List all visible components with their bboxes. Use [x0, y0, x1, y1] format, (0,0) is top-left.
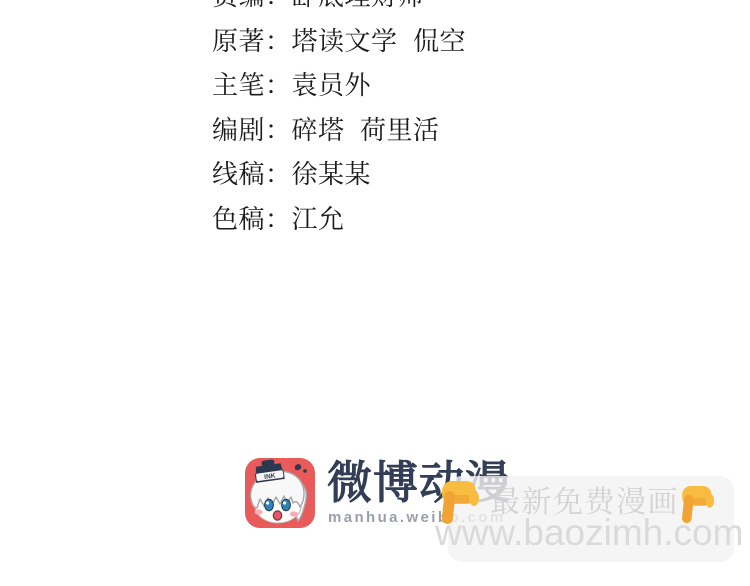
credit-line-original: 原著：塔读文学 侃空: [212, 19, 466, 64]
credit-line-lineart: 线稿：徐某某: [212, 152, 466, 197]
weibo-dongman-app-icon: INK: [245, 458, 315, 528]
credits-list: 责编：卧底理财师 原著：塔读文学 侃空 主笔：袁员外 编剧：碎塔 荷里活 线稿：…: [212, 0, 466, 241]
credit-line-screenplay: 编剧：碎塔 荷里活: [212, 108, 466, 153]
pointing-down-finger-icon-left: [435, 478, 481, 528]
credit-line-coloring: 色稿：江允: [212, 197, 466, 242]
credit-line-editor: 责编：卧底理财师: [212, 0, 466, 19]
pointing-down-finger-icon-right: [677, 482, 715, 528]
comic-credits-page: 责编：卧底理财师 原著：塔读文学 侃空 主笔：袁员外 编剧：碎塔 荷里活 线稿：…: [0, 0, 750, 586]
credit-line-lead-artist: 主笔：袁员外: [212, 63, 466, 108]
